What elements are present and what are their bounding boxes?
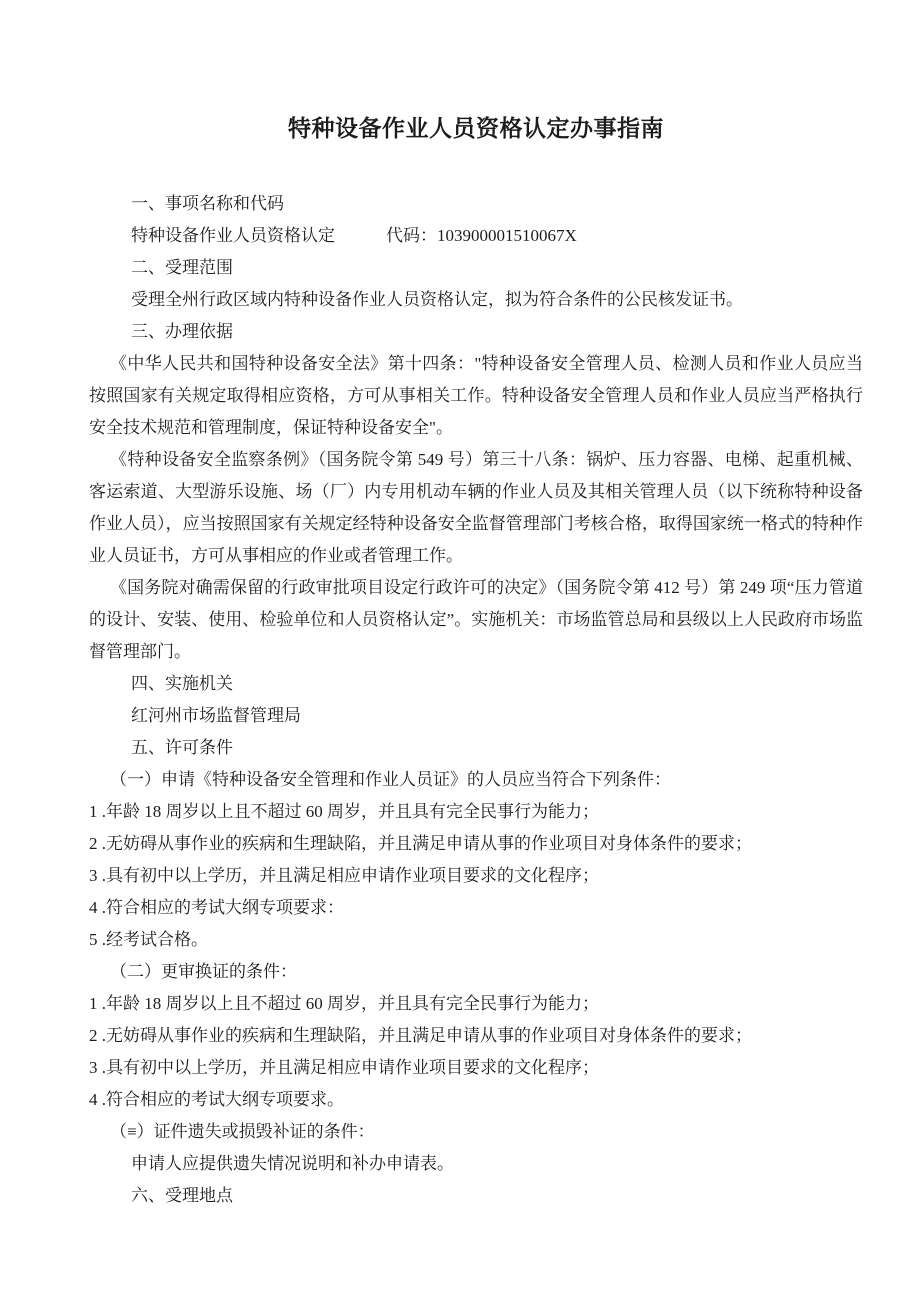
document-title: 特种设备作业人员资格认定办事指南 (89, 111, 863, 147)
paragraph: 特种设备作业人员资格认定 代码：103900001510067X (89, 220, 863, 252)
section-heading: 一、事项名称和代码 (89, 188, 863, 220)
paragraph: 《国务院对确需保留的行政审批项目设定行政许可的决定》（国务院令第 412 号）第… (89, 572, 863, 668)
sub-heading: （一）申请《特种设备安全管理和作业人员证》的人员应当符合下列条件： (89, 764, 863, 796)
paragraph: 红河州市场监督管理局 (89, 700, 863, 732)
section-heading: 四、实施机关 (89, 668, 863, 700)
paragraph: 申请人应提供遗失情况说明和补办申请表。 (89, 1148, 863, 1180)
section-heading: 三、办理依据 (89, 316, 863, 348)
paragraph: 《特种设备安全监察条例》（国务院令第 549 号）第三十八条：锅炉、压力容器、电… (89, 444, 863, 572)
sub-heading: （≡）证件遗失或损毁补证的条件： (89, 1116, 863, 1148)
sub-heading: （二）更审换证的条件： (89, 956, 863, 988)
list-item: 3 .具有初中以上学历，并且满足相应申请作业项目要求的文化程序； (89, 860, 863, 892)
list-item: 1 .年龄 18 周岁以上且不超过 60 周岁，并且具有完全民事行为能力； (89, 988, 863, 1020)
section-heading: 二、受理范围 (89, 252, 863, 284)
paragraph: 《中华人民共和国特种设备安全法》第十四条："特种设备安全管理人员、检测人员和作业… (89, 348, 863, 444)
list-item: 2 .无妨碍从事作业的疾病和生理缺陷，并且满足申请从事的作业项目对身体条件的要求… (89, 1020, 863, 1052)
document-page: 特种设备作业人员资格认定办事指南 一、事项名称和代码特种设备作业人员资格认定 代… (0, 0, 920, 1301)
list-item: 4 .符合相应的考试大纲专项要求。 (89, 1084, 863, 1116)
list-item: 4 .符合相应的考试大纲专项要求： (89, 892, 863, 924)
section-heading: 六、受理地点 (89, 1180, 863, 1212)
list-item: 3 .具有初中以上学历，并且满足相应申请作业项目要求的文化程序； (89, 1052, 863, 1084)
paragraph: 受理全州行政区域内特种设备作业人员资格认定，拟为符合条件的公民核发证书。 (89, 284, 863, 316)
list-item: 5 .经考试合格。 (89, 924, 863, 956)
list-item: 2 .无妨碍从事作业的疾病和生理缺陷，并且满足申请从事的作业项目对身体条件的要求… (89, 828, 863, 860)
list-item: 1 .年龄 18 周岁以上且不超过 60 周岁，并且具有完全民事行为能力； (89, 796, 863, 828)
section-heading: 五、许可条件 (89, 732, 863, 764)
document-body: 一、事项名称和代码特种设备作业人员资格认定 代码：103900001510067… (89, 188, 863, 1212)
